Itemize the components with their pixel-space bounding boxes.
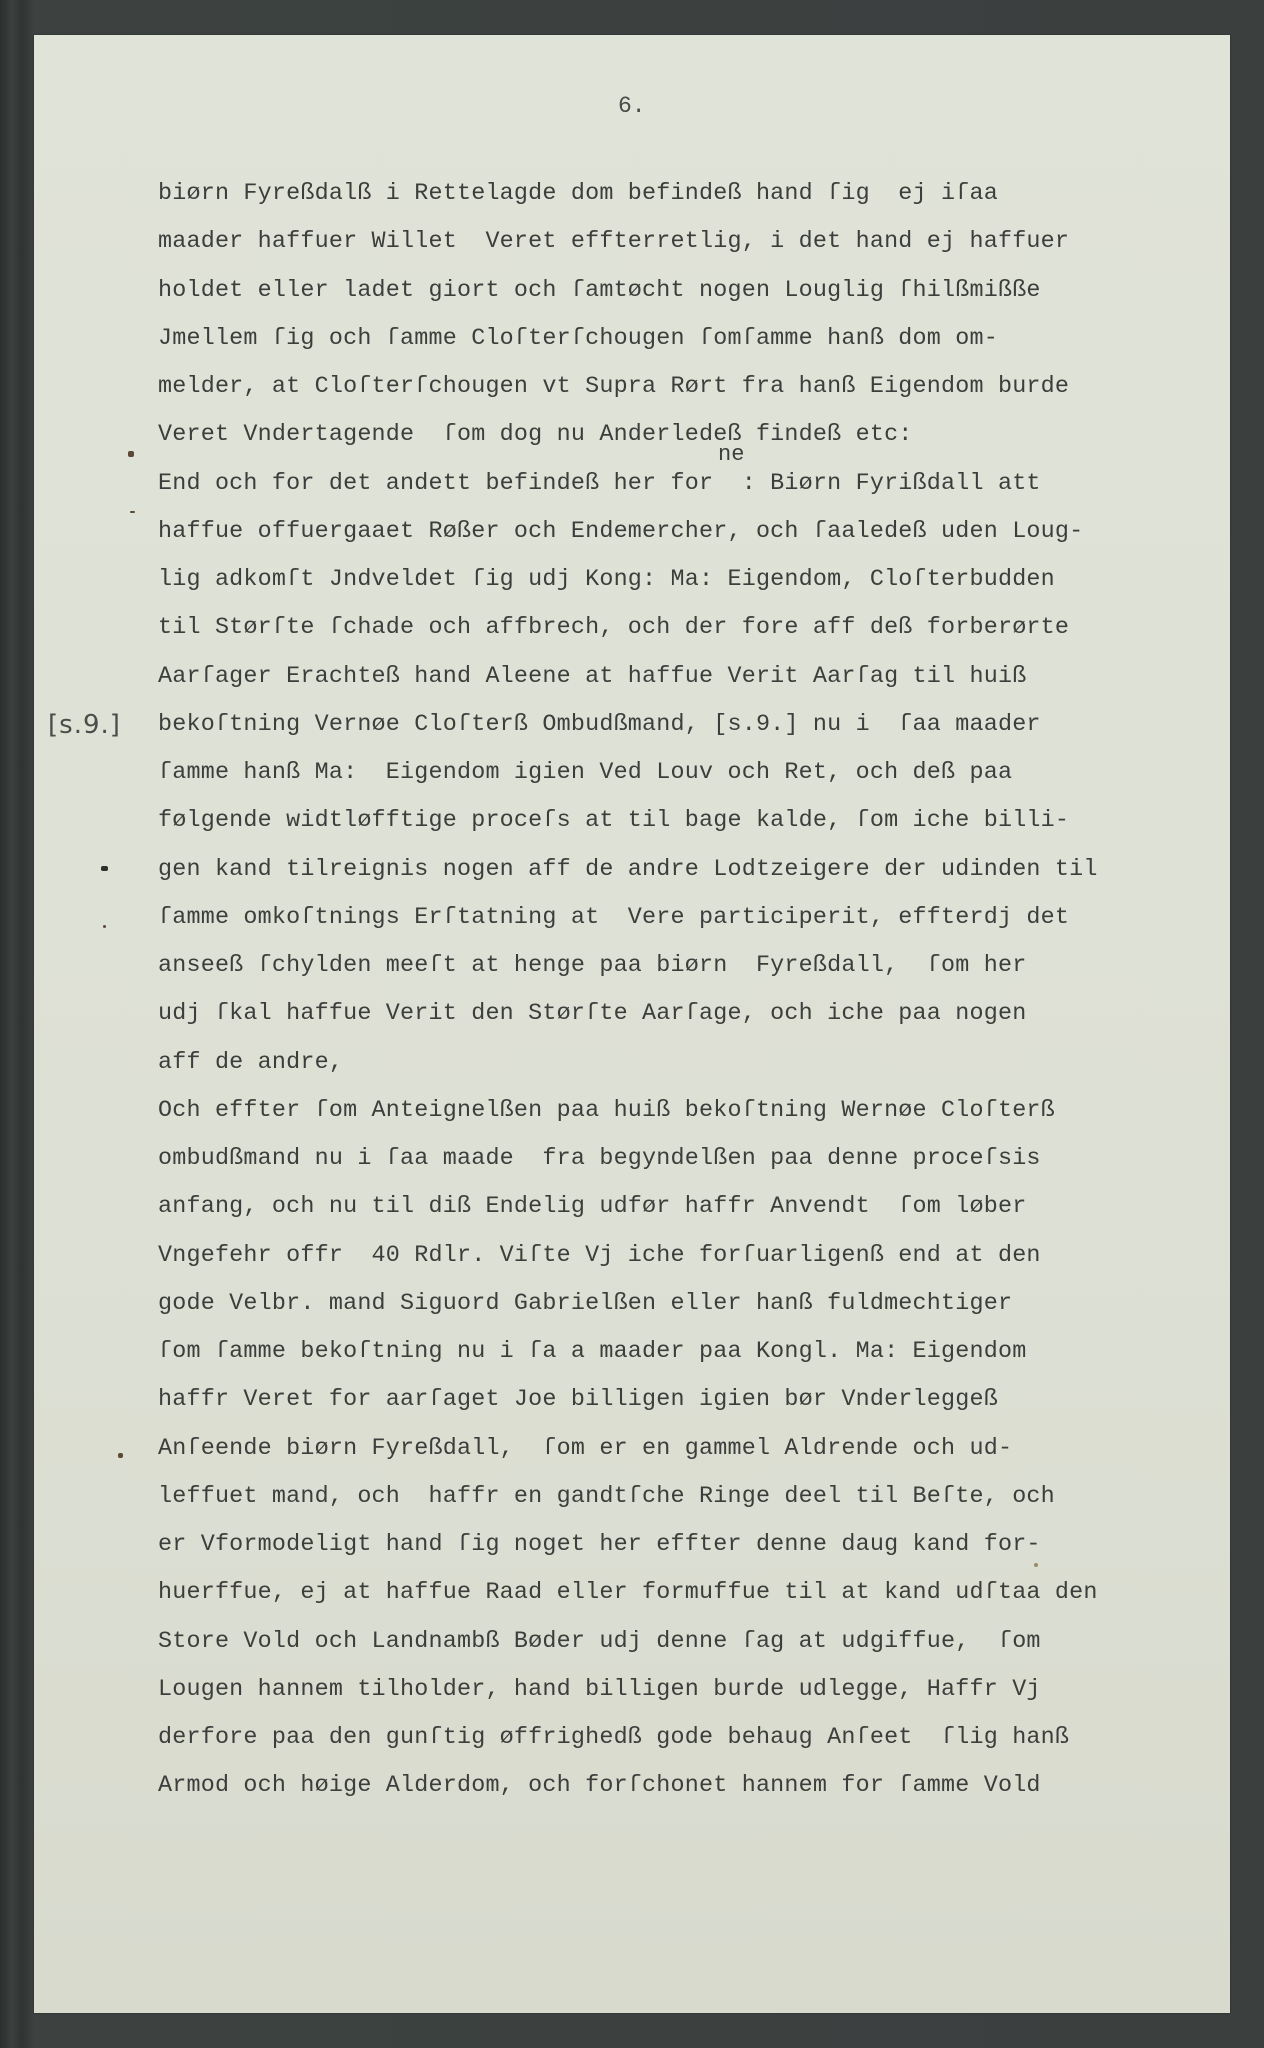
text-line: Armod och høige Alderdom, och forſchonet… [158, 1762, 1158, 1810]
typewritten-body: biørn Fyreßdalß i Rettelagde dom befinde… [158, 170, 1158, 1811]
text-line: ſamme omkoſtnings Erſtatning at Vere par… [158, 894, 1158, 942]
text-line: Och effter ſom Anteignelßen paa huiß bek… [158, 1087, 1158, 1135]
text-line: anseeß ſchylden meeſt at henge paa biørn… [158, 942, 1158, 990]
text-line: biørn Fyreßdalß i Rettelagde dom befinde… [158, 170, 1158, 218]
text-line: huerffue, ej at haffue Raad eller formuf… [158, 1569, 1158, 1617]
text-line: haffr Veret for aarſaget Joe billigen ig… [158, 1376, 1158, 1424]
text-line: Anſeende biørn Fyreßdall, ſom er en gamm… [158, 1425, 1158, 1473]
text-line: Vngefehr offr 40 Rdlr. Viſte Vj iche for… [158, 1232, 1158, 1280]
margin-mark [118, 1453, 123, 1458]
text-line: ombudßmand nu i ſaa maade fra begyndelße… [158, 1135, 1158, 1183]
text-line: aff de andre, [158, 1039, 1158, 1087]
margin-mark [130, 511, 135, 513]
text-line: følgende widtløfftige proceſs at til bag… [158, 797, 1158, 845]
margin-mark [128, 451, 134, 457]
text-line: gen kand tilreignis nogen aff de andre L… [158, 846, 1158, 894]
text-line: anfang, och nu til diß Endelig udfør haf… [158, 1183, 1158, 1231]
text-line: maader haffuer Willet Veret effterretlig… [158, 218, 1158, 266]
text-line: melder, at Cloſterſchougen vt Supra Rørt… [158, 363, 1158, 411]
text-line: lig adkomſt Jndveldet ſig udj Kong: Ma: … [158, 556, 1158, 604]
text-line: Lougen hannem tilholder, hand billigen b… [158, 1666, 1158, 1714]
text-line: ſamme hanß Ma: Eigendom igien Ved Louv o… [158, 749, 1158, 797]
text-line: derfore paa den gunſtig øffrighedß gode … [158, 1714, 1158, 1762]
text-line: Aarſager Erachteß hand Aleene at haffue … [158, 653, 1158, 701]
page-number: 6. [618, 93, 646, 119]
margin-annotation: [s.9.] [48, 710, 121, 740]
text-line: Jmellem ſig och ſamme Cloſterſchougen ſo… [158, 315, 1158, 363]
text-line: haffue offuergaaet Røßer och Endemercher… [158, 508, 1158, 556]
text-line: bekoſtning Vernøe Cloſterß Ombudßmand, [… [158, 701, 1158, 749]
text-line: gode Velbr. mand Siguord Gabrielßen elle… [158, 1280, 1158, 1328]
text-line: Store Vold och Landnambß Bøder udj denne… [158, 1618, 1158, 1666]
text-line: holdet eller ladet giort och ſamtøcht no… [158, 267, 1158, 315]
margin-mark [103, 925, 106, 928]
text-line: udj ſkal haffue Verit den Størſte Aarſag… [158, 990, 1158, 1038]
text-line: leffuet mand, och haffr en gandtſche Rin… [158, 1473, 1158, 1521]
text-line: ſom ſamme bekoſtning nu i ſa a maader pa… [158, 1328, 1158, 1376]
text-line: Veret Vndertagende ſom dog nu Anderledeß… [158, 411, 1158, 459]
text-line: End och for det andett befindeß her for … [158, 460, 1158, 508]
text-line: til Størſte ſchade och affbrech, och der… [158, 604, 1158, 652]
margin-mark [101, 866, 108, 871]
text-line: er Vformodeligt hand ſig noget her effte… [158, 1521, 1158, 1569]
